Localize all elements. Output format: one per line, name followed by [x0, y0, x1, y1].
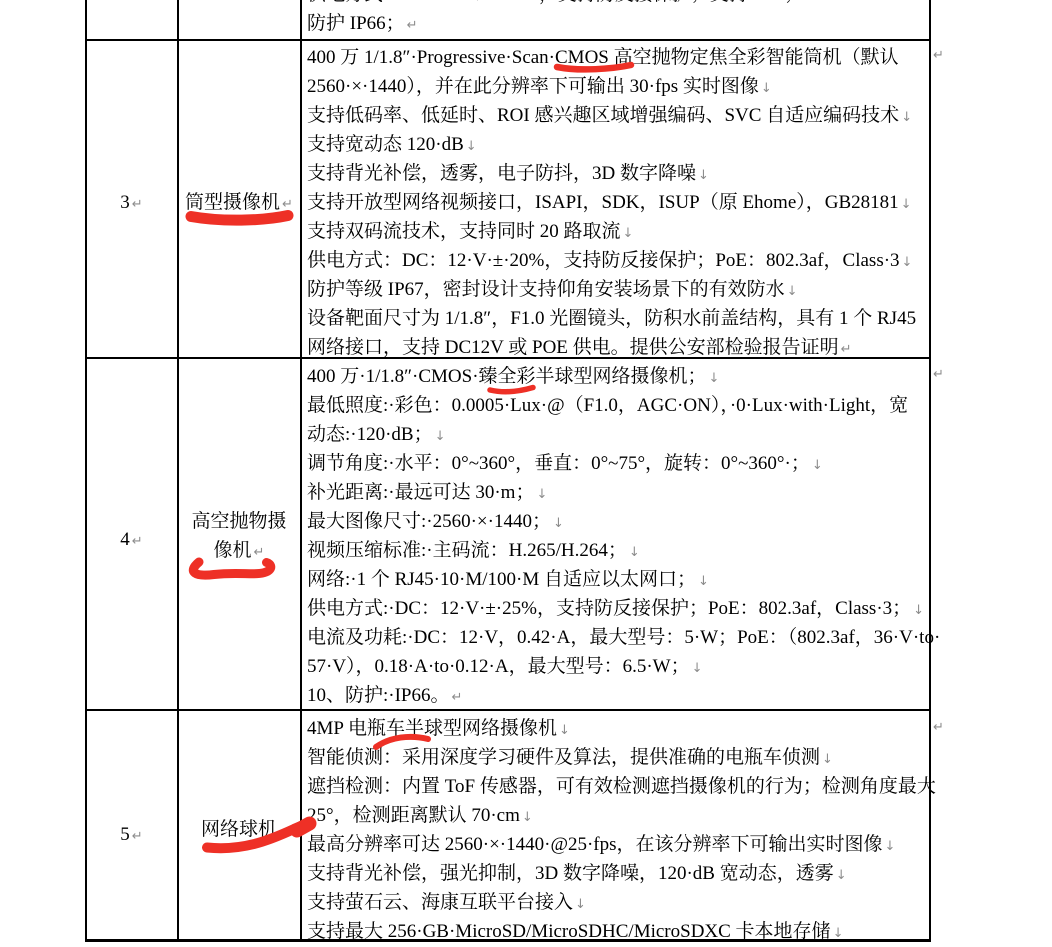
paragraph-mark: ↵	[132, 197, 143, 212]
spec-line-text: 防护等级 IP67，密封设计支持仰角安装场景下的有效防水	[307, 279, 785, 300]
linebreak-mark: ↓	[709, 371, 720, 386]
spec-line-text: 57·V），0.18·A·to·0.12·A，最大型号：6.5·W；	[307, 656, 690, 677]
row-number-cell: 3↵	[86, 189, 177, 218]
linebreak-mark: ↓	[836, 868, 847, 883]
row-number-cell: 4↵	[86, 526, 177, 555]
paragraph-mark: ↵	[452, 690, 463, 705]
spec-line-text: 网络接口，支持 DC12V 或 POE 供电。提供公安部检验报告证明	[307, 337, 839, 358]
row-end-paragraph-mark: ↵	[933, 367, 944, 382]
linebreak-mark: ↓	[902, 255, 913, 270]
linebreak-mark: ↓	[698, 168, 709, 183]
item-name-text: 筒型摄像机	[185, 192, 280, 213]
spec-line: 支持背光补偿，透雾，电子防抖，3D 数字降噪↓	[307, 160, 929, 189]
row-number: 3	[120, 192, 130, 213]
spec-line: 支持双码流技术，支持同时 20 路取流↓	[307, 218, 929, 247]
linebreak-mark: ↓	[812, 458, 823, 473]
linebreak-mark: ↓	[522, 810, 533, 825]
paragraph-mark: ↵	[132, 829, 143, 844]
partial-row-line-text: 防护 IP66；	[307, 13, 405, 34]
linebreak-mark: ↓	[623, 226, 634, 241]
row-number: 5	[120, 824, 130, 845]
linebreak-mark: ↓	[761, 81, 772, 96]
linebreak-mark: ↓	[435, 429, 446, 444]
item-name-text: 高空抛物摄	[191, 511, 286, 532]
spec-line: 支持开放型网络视频接口，ISAPI，SDK，ISUP（原 Ehome），GB28…	[307, 189, 929, 218]
spec-line: 400 万·1/1.8″·CMOS·臻全彩半球型网络摄像机；↓	[307, 363, 929, 392]
spec-line: 网络接口，支持 DC12V 或 POE 供电。提供公安部检验报告证明↵	[307, 334, 929, 363]
spec-line-text: 支持萤石云、海康互联平台接入	[307, 892, 573, 913]
paragraph-mark: ↵	[282, 197, 293, 212]
spec-line: 4MP 电瓶车半球型网络摄像机↓	[307, 715, 929, 744]
spec-line: 57·V），0.18·A·to·0.12·A，最大型号：6.5·W；↓	[307, 653, 929, 682]
spec-line: 最低照度:·彩色：0.0005·Lux·@（F1.0，AGC·ON），·0·Lu…	[307, 392, 929, 421]
linebreak-mark: ↓	[901, 197, 912, 212]
table-row-divider-1	[85, 39, 931, 41]
spec-line: 400 万 1/1.8″·Progressive·Scan·CMOS 高空抛物定…	[307, 44, 929, 73]
linebreak-mark: ↓	[805, 0, 816, 4]
linebreak-mark: ↓	[559, 723, 570, 738]
spec-line-text: 支持低码率、低延时、ROI 感兴趣区域增强编码、SVC 自适应编码技术	[307, 105, 899, 126]
spec-line-text: 智能侦测：采用深度学习硬件及算法，提供准确的电瓶车侦测	[307, 747, 820, 768]
spec-line: 补光距离:·最远可达 30·m；↓	[307, 479, 929, 508]
spec-line: 支持最大 256·GB·MicroSD/MicroSDHC/MicroSDXC …	[307, 918, 929, 947]
spec-line-text: 设备靶面尺寸为 1/1.8″，F1.0 光圈镜头，防积水前盖结构，具有 1 个 …	[307, 308, 916, 329]
spec-line: 电流及功耗:·DC：12·V，0.42·A，最大型号：5·W；PoE：（802.…	[307, 624, 929, 653]
linebreak-mark: ↓	[698, 574, 709, 589]
row-end-paragraph-mark: ↵	[933, 48, 944, 63]
partial-row-line-text: 供电方式：DC：12 V ± 25%，支持防反接保护；支持 PoE；	[307, 0, 803, 5]
spec-line-text: 供电方式：DC：12·V·±·20%，支持防反接保护；PoE：802.3af，C…	[307, 250, 900, 271]
spec-line: 支持背光补偿，强光抑制，3D 数字降噪，120·dB 宽动态，透雾↓	[307, 860, 929, 889]
paragraph-mark: ↵	[254, 545, 265, 560]
linebreak-mark: ↓	[629, 545, 640, 560]
linebreak-mark: ↓	[901, 110, 912, 125]
spec-line: 供电方式：DC：12·V·±·20%，支持防反接保护；PoE：802.3af，C…	[307, 247, 929, 276]
spec-line-text: 支持双码流技术，支持同时 20 路取流	[307, 221, 621, 242]
linebreak-mark: ↓	[536, 487, 547, 502]
spec-line-text: 网络:·1 个 RJ45·10·M/100·M 自适应以太网口；	[307, 569, 696, 590]
paragraph-mark: ↵	[841, 342, 852, 357]
spec-line: 遮挡检测：内置 ToF 传感器，可有效检测遮挡摄像机的行为；检测角度最大	[307, 773, 929, 802]
spec-line: 支持萤石云、海康互联平台接入↓	[307, 889, 929, 918]
item-name-label: 筒型摄像机↵	[178, 189, 300, 218]
spec-line: 防护等级 IP67，密封设计支持仰角安装场景下的有效防水↓	[307, 276, 929, 305]
spec-line: 2560·×·1440），并在此分辨率下可输出 30·fps 实时图像↓	[307, 73, 929, 102]
item-name-label: 像机↵	[178, 537, 300, 566]
spec-line-text: 最大图像尺寸:·2560·×·1440；	[307, 511, 551, 532]
paragraph-mark: ↵	[132, 534, 143, 549]
spec-line-text: 最低照度:·彩色：0.0005·Lux·@（F1.0，AGC·ON），·0·Lu…	[307, 395, 908, 416]
row-number-cell: 5↵	[86, 821, 177, 850]
spec-line-text: 支持背光补偿，强光抑制，3D 数字降噪，120·dB 宽动态，透雾	[307, 863, 834, 884]
spec-line-text: 最高分辨率可达 2560·×·1440·@25·fps，在该分辨率下可输出实时图…	[307, 834, 883, 855]
linebreak-mark: ↓	[822, 752, 833, 767]
document-page: { "page": { "background": "#ffffff", "te…	[0, 0, 1052, 947]
item-name-text: 像机	[214, 540, 252, 561]
item-name-label: 高空抛物摄	[178, 508, 300, 535]
spec-line-text: 视频压缩标准:·主码流：H.265/H.264；	[307, 540, 627, 561]
table-border-col2	[300, 0, 302, 941]
linebreak-mark: ↓	[833, 926, 844, 941]
paragraph-mark: ↵	[407, 18, 418, 33]
spec-line-text: 支持宽动态 120·dB	[307, 134, 464, 155]
spec-line-text: 400 万·1/1.8″·CMOS·臻全彩半球型网络摄像机；	[307, 366, 707, 387]
spec-line-text: 调节角度:·水平：0°~360°，垂直：0°~75°，旋转：0°~360°·；	[307, 453, 810, 474]
spec-line: 视频压缩标准:·主码流：H.265/H.264；↓	[307, 537, 929, 566]
spec-line: 最大图像尺寸:·2560·×·1440；↓	[307, 508, 929, 537]
spec-line: 动态:·120·dB；↓	[307, 421, 929, 450]
spec-line: 智能侦测：采用深度学习硬件及算法，提供准确的电瓶车侦测↓	[307, 744, 929, 773]
spec-line-text: 电流及功耗:·DC：12·V，0.42·A，最大型号：5·W；PoE：（802.…	[307, 627, 940, 648]
table-border-left	[85, 0, 87, 941]
spec-line: 调节角度:·水平：0°~360°，垂直：0°~75°，旋转：0°~360°·；↓	[307, 450, 929, 479]
linebreak-mark: ↓	[787, 284, 798, 299]
item-name-text: 网络球机	[201, 819, 277, 840]
spec-line-text: 2560·×·1440），并在此分辨率下可输出 30·fps 实时图像	[307, 76, 759, 97]
spec-line-text: 支持最大 256·GB·MicroSD/MicroSDHC/MicroSDXC …	[307, 921, 831, 942]
table-border-col1	[177, 0, 179, 941]
row-number: 4	[120, 529, 130, 550]
spec-line-text: 供电方式:·DC：12·V·±·25%，支持防反接保护；PoE：802.3af，…	[307, 598, 911, 619]
row-end-paragraph-mark: ↵	[933, 720, 944, 735]
spec-line-text: 400 万 1/1.8″·Progressive·Scan·CMOS 高空抛物定…	[307, 47, 899, 68]
partial-row-line: 供电方式：DC：12 V ± 25%，支持防反接保护；支持 PoE；↓	[307, 0, 929, 10]
linebreak-mark: ↓	[575, 897, 586, 912]
table-border-right	[929, 0, 931, 941]
spec-line-text: 动态:·120·dB；	[307, 424, 433, 445]
spec-line: 25°，检测距离默认 70·cm↓	[307, 802, 929, 831]
spec-line: 支持宽动态 120·dB↓	[307, 131, 929, 160]
spec-line-text: 补光距离:·最远可达 30·m；	[307, 482, 534, 503]
spec-line: 供电方式:·DC：12·V·±·25%，支持防反接保护；PoE：802.3af，…	[307, 595, 929, 624]
spec-line: 支持低码率、低延时、ROI 感兴趣区域增强编码、SVC 自适应编码技术↓	[307, 102, 929, 131]
spec-line: 10、防护:·IP66。↵	[307, 682, 929, 711]
linebreak-mark: ↓	[553, 516, 564, 531]
spec-line: 最高分辨率可达 2560·×·1440·@25·fps，在该分辨率下可输出实时图…	[307, 831, 929, 860]
spec-line-text: 10、防护:·IP66。	[307, 685, 450, 706]
spec-line: 网络:·1 个 RJ45·10·M/100·M 自适应以太网口；↓	[307, 566, 929, 595]
linebreak-mark: ↓	[913, 603, 924, 618]
spec-line: 设备靶面尺寸为 1/1.8″，F1.0 光圈镜头，防积水前盖结构，具有 1 个 …	[307, 305, 929, 334]
item-name-label: 网络球机	[178, 816, 300, 843]
spec-line-text: 4MP 电瓶车半球型网络摄像机	[307, 718, 557, 739]
spec-line-text: 25°，检测距离默认 70·cm	[307, 805, 520, 826]
linebreak-mark: ↓	[466, 139, 477, 154]
partial-row-line: 防护 IP66；↵	[307, 10, 929, 39]
linebreak-mark: ↓	[885, 839, 896, 854]
spec-line-text: 遮挡检测：内置 ToF 传感器，可有效检测遮挡摄像机的行为；检测角度最大	[307, 776, 936, 797]
spec-line-text: 支持开放型网络视频接口，ISAPI，SDK，ISUP（原 Ehome），GB28…	[307, 192, 899, 213]
spec-line-text: 支持背光补偿，透雾，电子防抖，3D 数字降噪	[307, 163, 696, 184]
linebreak-mark: ↓	[692, 661, 703, 676]
